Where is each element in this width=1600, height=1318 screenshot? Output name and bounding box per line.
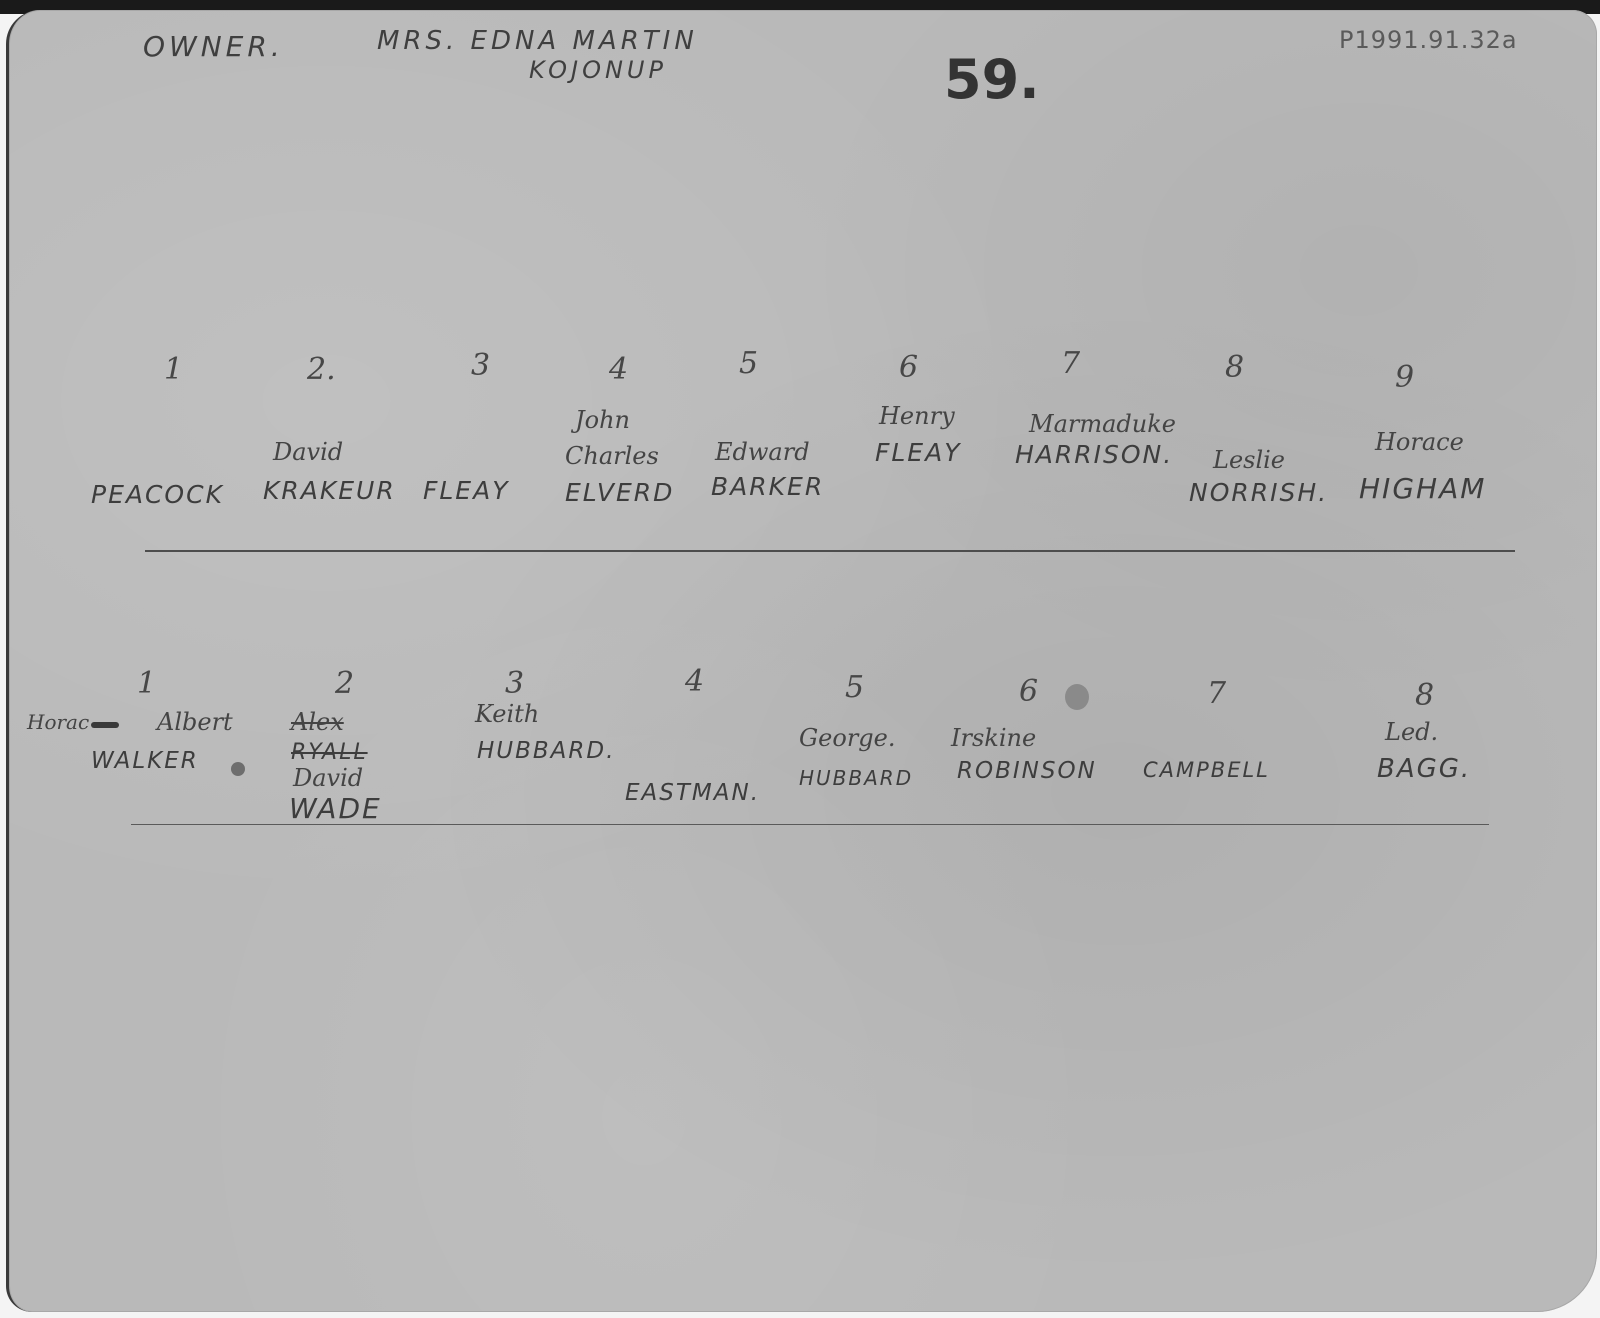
top-first-7: Marmaduke [1029, 410, 1176, 438]
bottom-number-8: 8 [1415, 678, 1434, 713]
top-first-9: Horace [1375, 428, 1464, 456]
bottom-number-1: 1 [137, 666, 156, 701]
owner-town: KOJONUP [529, 56, 667, 84]
top-surname-1: PEACOCK [91, 480, 224, 509]
bottom-number-7: 7 [1207, 676, 1226, 711]
top-number-7: 7 [1061, 346, 1080, 381]
accession-number: P1991.91.32a [1339, 26, 1518, 54]
top-number-5: 5 [739, 346, 758, 381]
top-number-2: 2. [307, 352, 336, 387]
top-first-4-line1: John [575, 406, 630, 434]
top-surname-6: FLEAY [875, 438, 961, 467]
top-surname-7: HARRISON. [1015, 440, 1173, 469]
bottom-first-8: Led. [1385, 718, 1438, 746]
top-number-1: 1 [164, 352, 183, 387]
bottom-number-5: 5 [845, 670, 864, 705]
bottom-surname-4: EASTMAN. [625, 780, 760, 806]
top-first-5: Edward [715, 438, 810, 466]
bottom-first-6: Irskine [951, 724, 1036, 752]
top-surname-8: NORRISH. [1189, 478, 1328, 507]
bottom-first-1: Albert [157, 708, 233, 736]
top-first-2: David [273, 438, 343, 466]
bottom-number-6: 6 [1019, 674, 1038, 709]
top-first-8: Leslie [1213, 446, 1285, 474]
top-number-4: 4 [609, 352, 628, 387]
bottom-first-5: George. [799, 724, 896, 752]
bottom-number-2: 2 [335, 666, 354, 701]
divider-line-bottom [131, 824, 1489, 825]
owner-name: MRS. EDNA MARTIN [377, 26, 698, 56]
bottom-number-4: 4 [685, 664, 704, 699]
scribble-strike-mark [91, 722, 119, 728]
bottom-surname-8: BAGG. [1377, 754, 1471, 784]
top-surname-3: FLEAY [423, 476, 509, 505]
stain-spot [1065, 684, 1089, 710]
bottom-number-3: 3 [505, 666, 524, 701]
top-first-6: Henry [879, 402, 955, 430]
bottom-surname-2-struck: RYALL [291, 740, 368, 765]
photo-card-back: OWNER. MRS. EDNA MARTIN KOJONUP 59. P199… [6, 10, 1597, 1312]
bottom-surname-3: HUBBARD. [477, 738, 615, 764]
top-first-4-line2: Charles [565, 442, 659, 470]
ink-spot [231, 762, 245, 776]
bottom-first-3: Keith [475, 700, 539, 728]
bottom-surname-6: ROBINSON [957, 758, 1097, 784]
top-number-8: 8 [1225, 350, 1244, 385]
bottom-surname-1: WALKER [91, 748, 199, 774]
top-surname-9: HIGHAM [1359, 472, 1486, 505]
owner-label: OWNER. [143, 30, 284, 63]
bottom-surname-2: WADE [289, 792, 382, 825]
top-number-9: 9 [1395, 360, 1414, 395]
bottom-first-1-prefix: Horac [27, 710, 89, 734]
bottom-first-2-struck: Alex [291, 708, 344, 736]
top-surname-5: BARKER [711, 472, 824, 501]
sheet-number: 59. [944, 48, 1040, 111]
divider-line-top [145, 550, 1515, 552]
top-surname-2: KRAKEUR [263, 476, 396, 505]
top-number-3: 3 [471, 348, 490, 383]
top-number-6: 6 [899, 350, 918, 385]
bottom-surname-7: CAMPBELL [1143, 758, 1270, 782]
bottom-surname-5: HUBBARD [799, 766, 913, 790]
top-surname-4: ELVERD [565, 478, 674, 507]
bottom-first-2: David [293, 764, 363, 792]
